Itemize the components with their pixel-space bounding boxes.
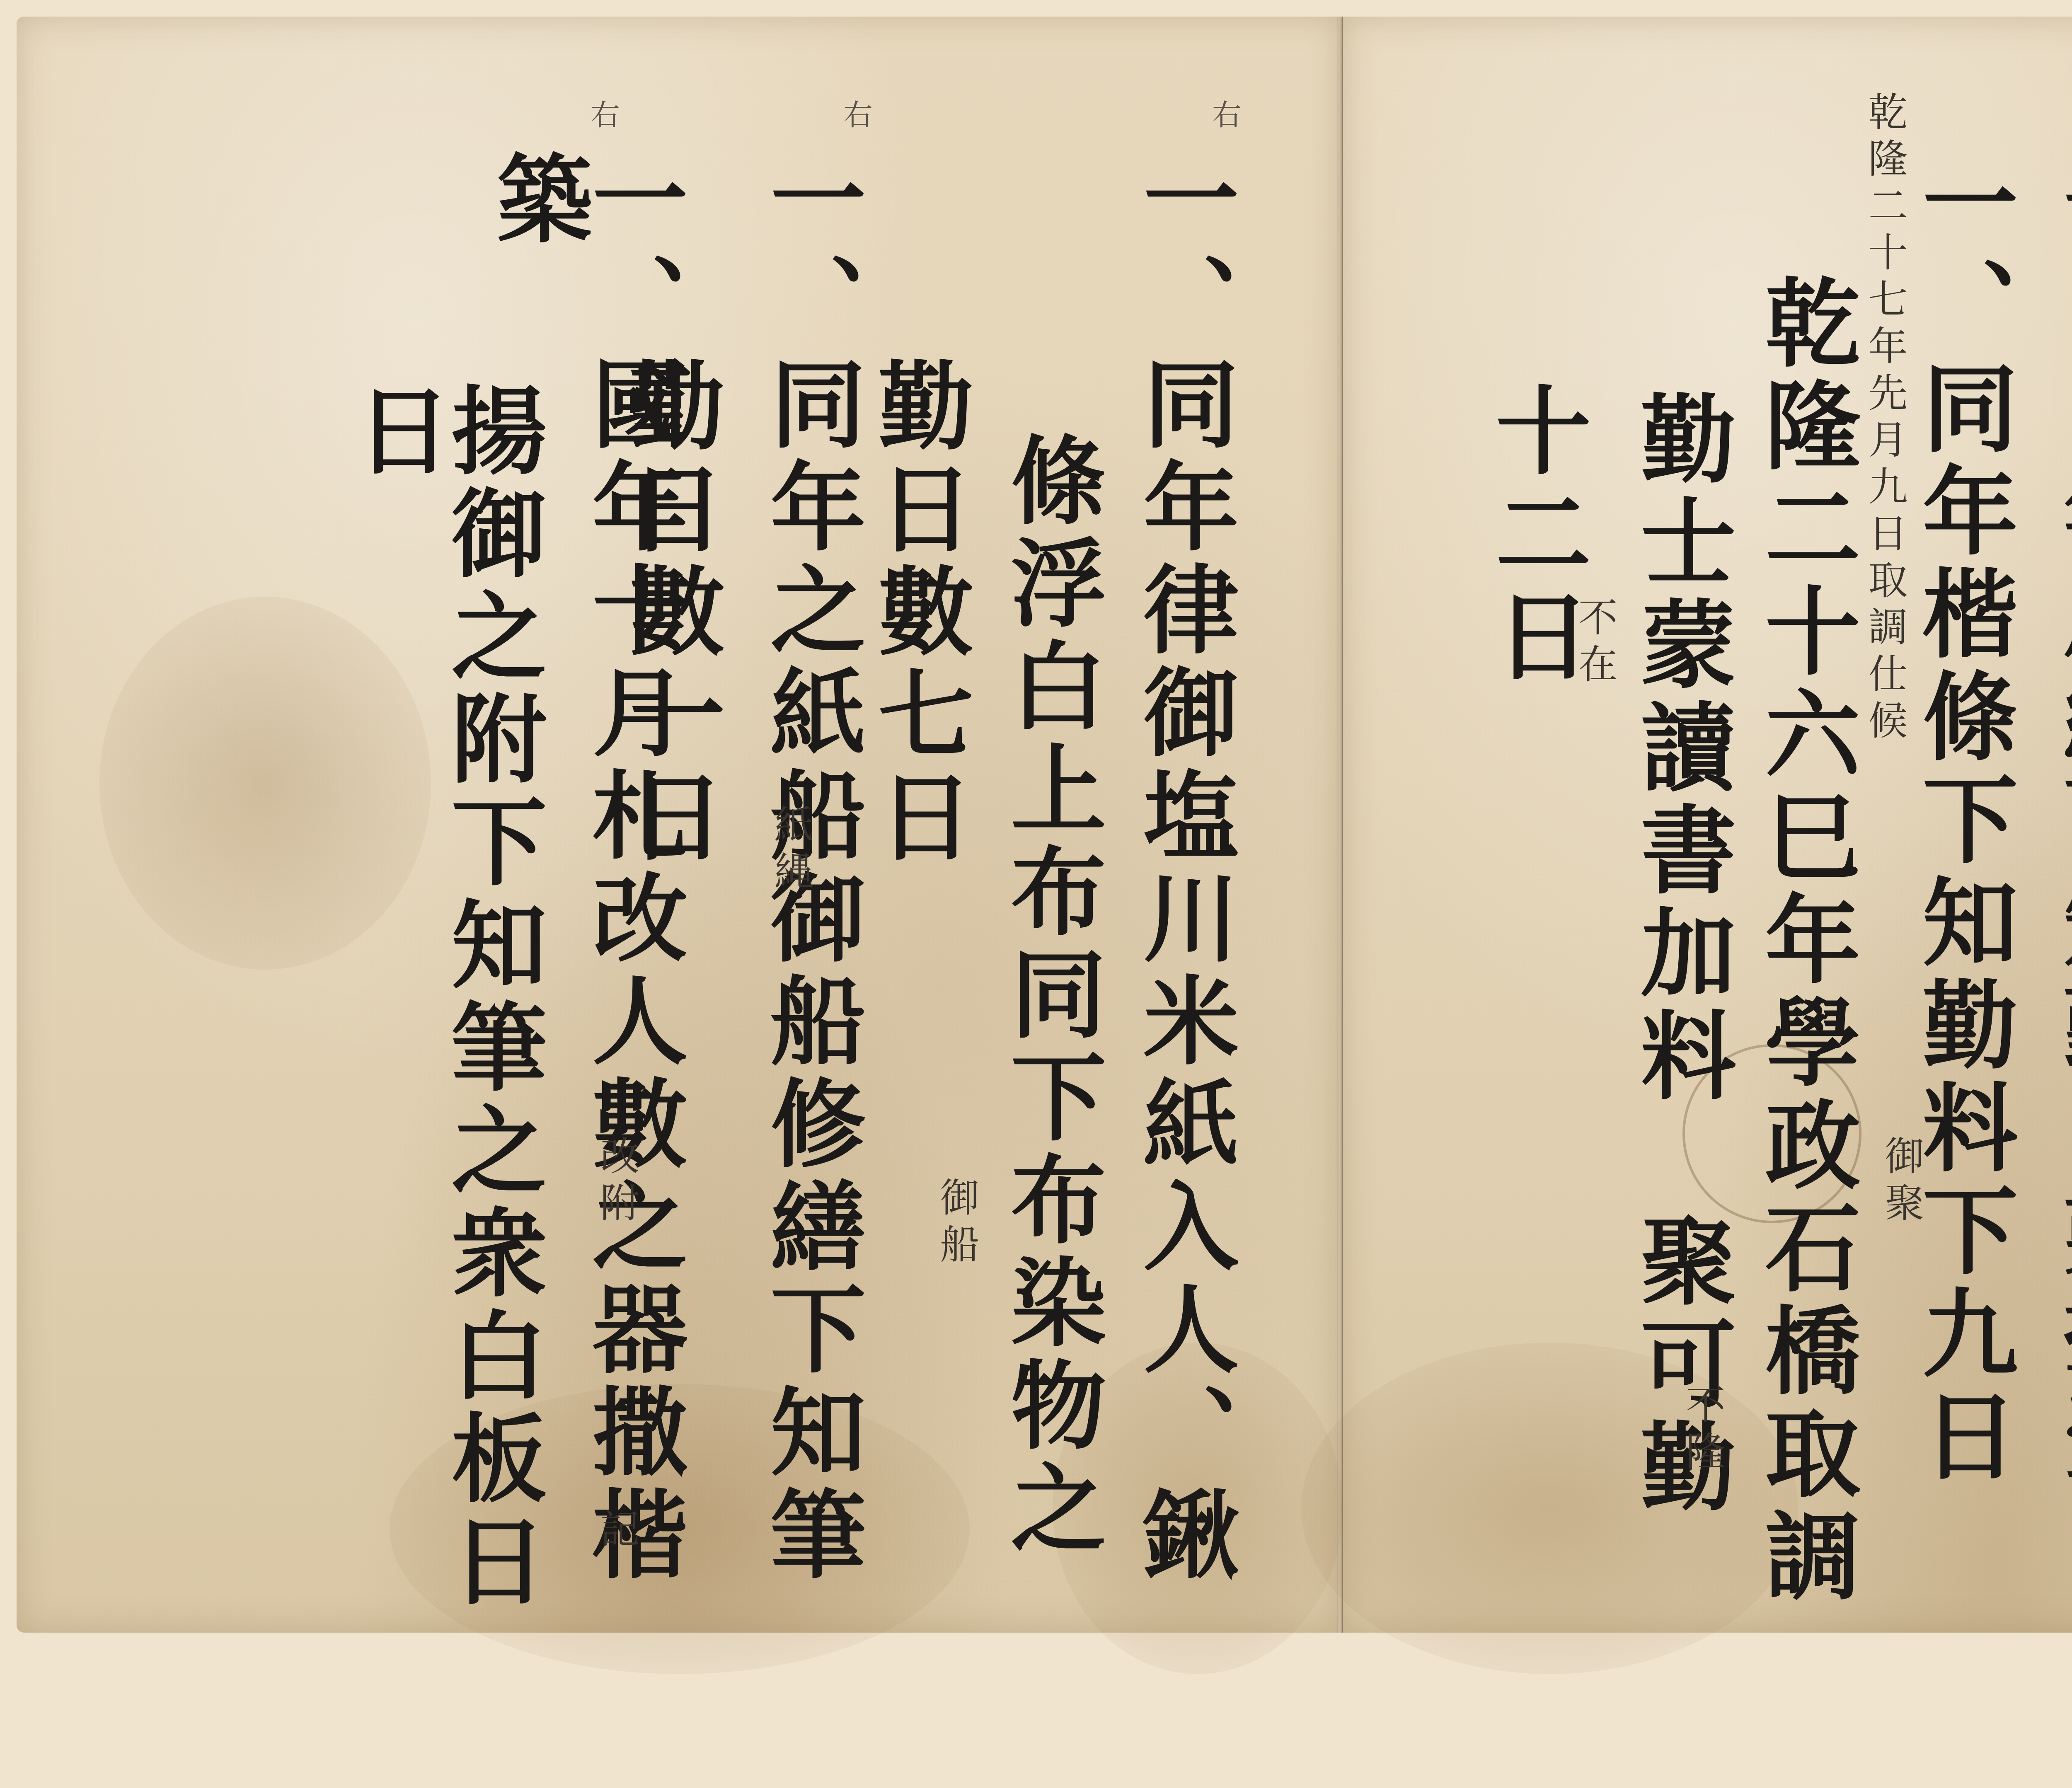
column-marker: 右 [841,99,870,136]
left-page: 右 一、同年律御塩川米紙入人、鍬 條浮白上布同下布染物之 勤日數七日 右 一、同… [17,17,1339,1633]
text-column: 勤日數七日 [870,356,966,870]
text-column: 條浮白上布同下布染物之 [1003,431,1098,1561]
interlinear-note: 御船 [937,1177,976,1270]
interlinear-note: 不隆 [1682,1384,1722,1478]
text-column: 一、同年唐紙下知勤日數拾壹日 [2055,153,2072,1592]
text-column: 一、同年楷條下知勤料下九日 [1915,153,2010,1489]
text-column: 乾隆二十六巳年學政石橋取調 [1757,273,1852,1609]
right-page: 右 一、國年仲筋塩川入米十村品鐵、缺 右此村御札下知筆之置勤日數 右 一、同年唐… [1343,17,2072,1633]
text-column: 勤士蒙讀書加料 聚可勤 [1633,390,1728,1520]
column-marker: 右 [588,99,617,136]
text-column: 十二日 [1488,381,1583,690]
text-column: 揚御之附下知筆之衆白板日日 [348,381,539,1633]
date-annotation: 乾隆二十七年先月九日取調仕候 [1865,91,1904,747]
document-scan: 右 一、同年律御塩川米紙入人、鍬 條浮白上布同下布染物之 勤日數七日 右 一、同… [0,0,2072,1788]
interlinear-note: 御聚 [1881,1135,1921,1229]
text-column: 一、同年律御塩川米紙入人、鍬 [1135,149,1231,1588]
column-marker: 右 [1210,99,1239,136]
interlinear-note: 紙縄 [771,804,810,898]
interlinear-note: 不在 [1575,597,1614,690]
open-book-spread: 右 一、同年律御塩川米紙入人、鍬 條浮白上布同下布染物之 勤日數七日 右 一、同… [17,17,2072,1633]
interlinear-note: 改附 [597,1135,636,1229]
interlinear-note: 記 [597,1508,636,1555]
